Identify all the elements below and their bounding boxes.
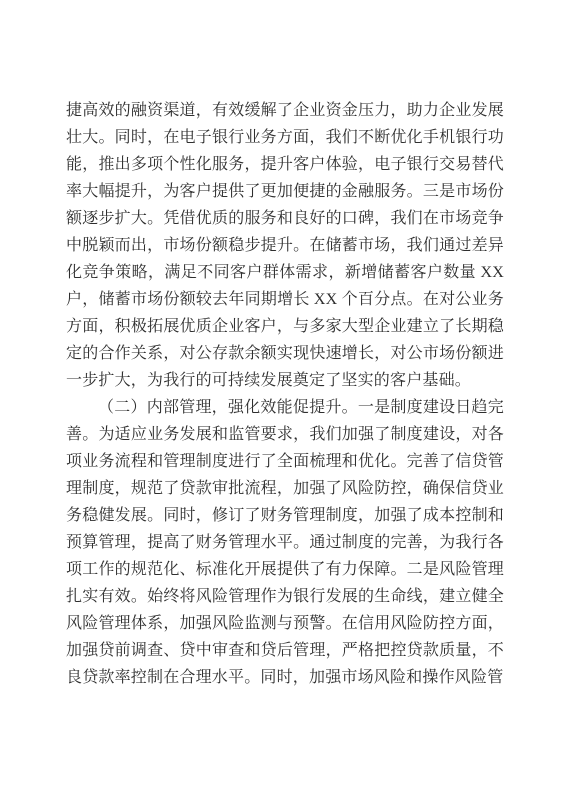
document-page: 捷高效的融资渠道，有效缓解了企业资金压力，助力企业发展壮大。同时，在电子银行业务… bbox=[0, 0, 570, 807]
document-text-block: 捷高效的融资渠道，有效缓解了企业资金压力，助力企业发展壮大。同时，在电子银行业务… bbox=[66, 97, 504, 691]
paragraph: （二）内部管理，强化效能促提升。一是制度建设日趋完善。为适应业务发展和监管要求，… bbox=[66, 394, 504, 691]
paragraph: 捷高效的融资渠道，有效缓解了企业资金压力，助力企业发展壮大。同时，在电子银行业务… bbox=[66, 97, 504, 394]
